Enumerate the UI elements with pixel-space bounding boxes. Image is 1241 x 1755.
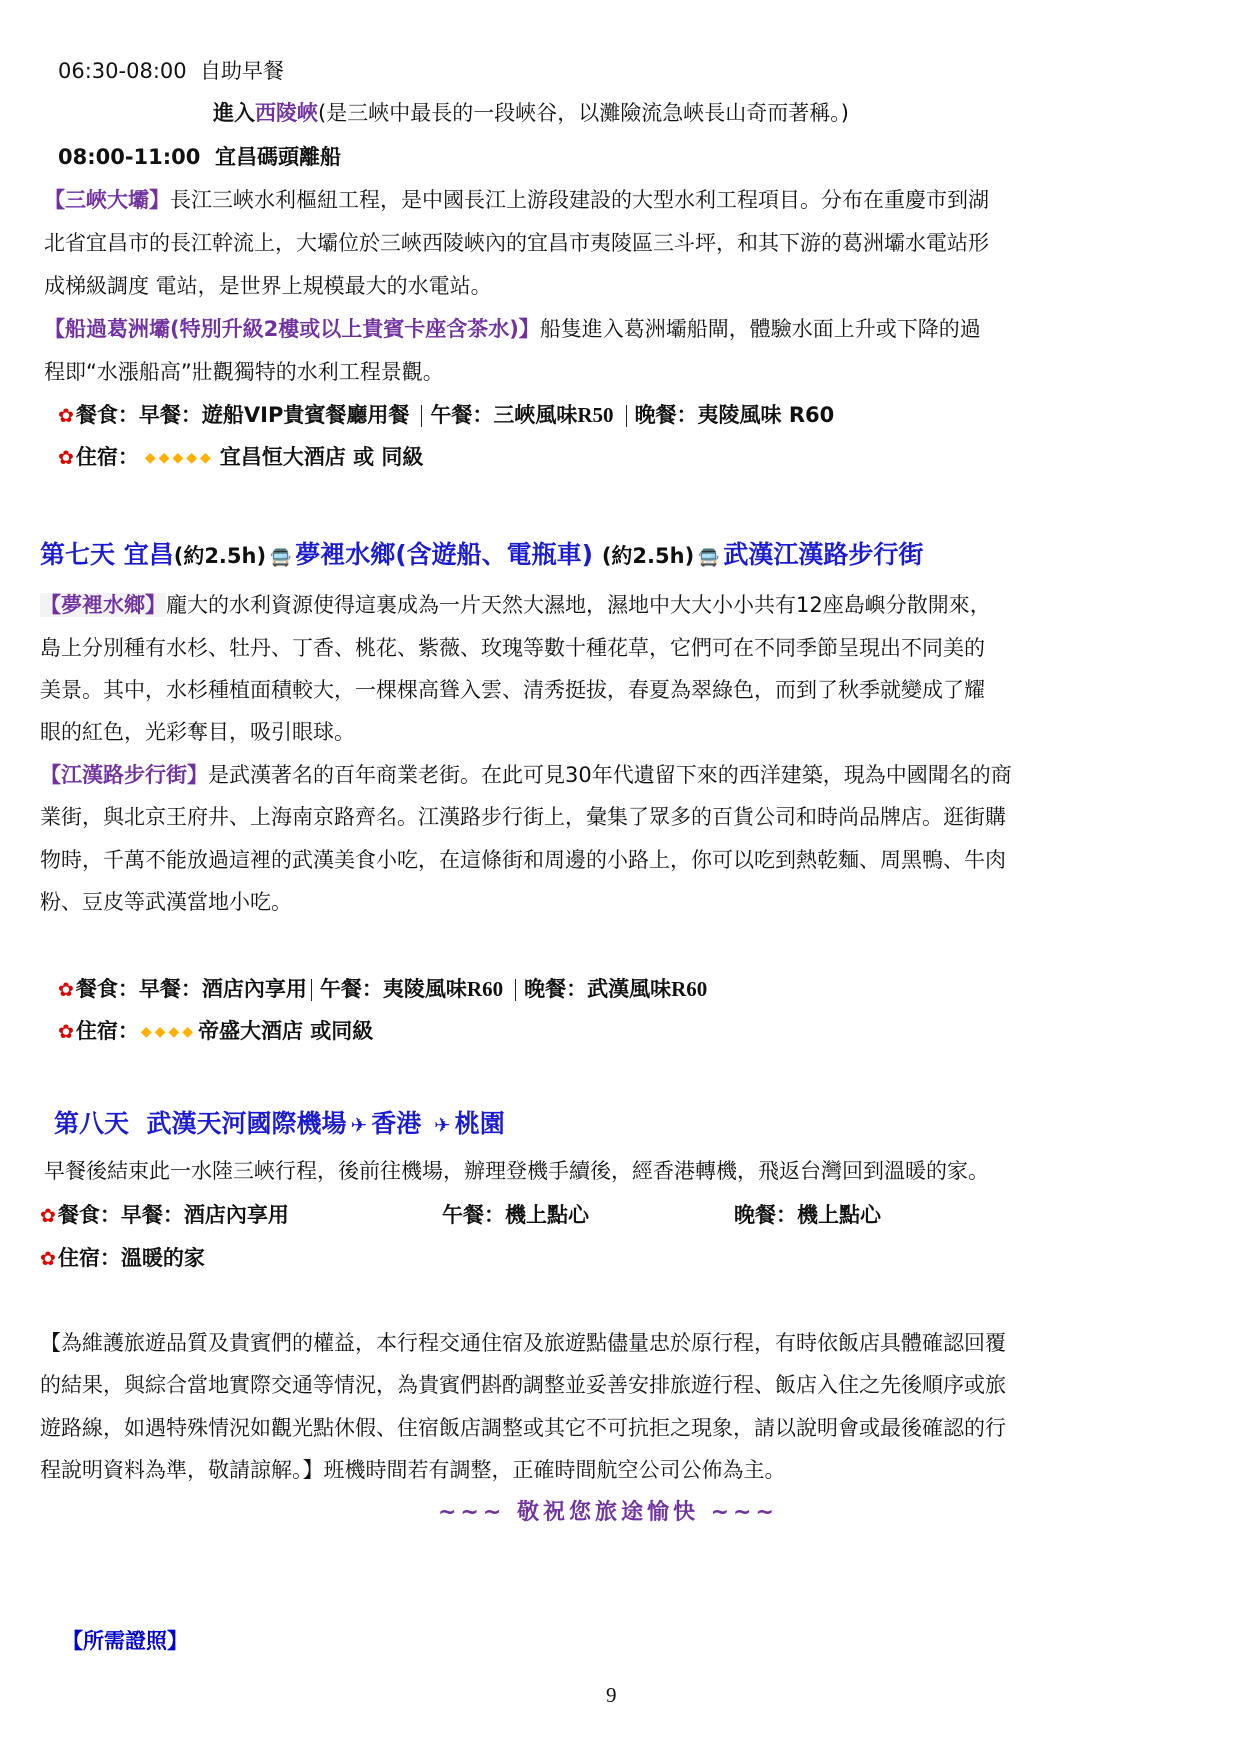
- hotel-label: 住宿：: [76, 1019, 139, 1043]
- breakfast-value: 早餐：遊船VIP貴賓餐廳用餐: [139, 403, 409, 427]
- jianghan-line-1: 【江漢路步行街】是武漢著名的百年商業老街。在此可見30年代遺留下來的西洋建築，現…: [40, 760, 1012, 790]
- jianghan-line-4: 粉、豆皮等武漢當地小吃。: [40, 887, 292, 917]
- divider: [515, 979, 516, 1001]
- xiling-gorge-line: 進入西陵峽(是三峽中最長的一段峽谷，以灘險流急峽長山奇而著稱。): [213, 98, 849, 128]
- water-town-line-1: 【夢裡水鄉】龐大的水利資源使得這裏成為一片天然大濕地，濕地中大大小小共有12座島…: [40, 590, 991, 620]
- xiling-gorge-desc: (是三峽中最長的一段峽谷，以灘險流急峽長山奇而著稱。): [318, 101, 849, 125]
- duration-1: (約2.5h): [174, 544, 266, 568]
- disembark-line: 08:00-11:00 宜昌碼頭離船: [58, 142, 341, 172]
- divider: [421, 405, 422, 427]
- dam-line-3: 成梯級調度 電站，是世界上規模最大的水電站。: [44, 271, 492, 301]
- gezhouba-line-2: 程即“水漲船高”壯觀獨特的水利工程景觀。: [44, 357, 444, 387]
- day8-title: 第八天 武漢天河國際機場✈香港 ✈桃園: [54, 1107, 505, 1142]
- water-town-line-4: 眼的紅色，光彩奪目，吸引眼球。: [40, 717, 355, 747]
- dinner-value: 晚餐：夷陵風味 R60: [635, 403, 835, 427]
- plane-icon: ✈: [434, 1113, 451, 1137]
- day8-description: 早餐後結束此一水陸三峽行程，後前往機場，辦理登機手續後，經香港轉機，飛返台灣回到…: [44, 1156, 989, 1186]
- day7-stop-2: 武漢江漢路步行街: [723, 540, 923, 569]
- water-town-line-2: 島上分別種有水杉、牡丹、丁香、桃花、紫薇、玫瑰等數十種花草，它們可在不同季節呈現…: [40, 633, 985, 663]
- day8-lunch: 午餐：機上點心: [442, 1200, 589, 1230]
- breakfast-label: 自助早餐: [200, 59, 284, 83]
- day8-meals: ✿餐食：早餐：酒店內享用: [40, 1200, 289, 1231]
- enter-prefix: 進入: [213, 101, 255, 125]
- lunch-value: 午餐：三峽風味: [430, 403, 577, 427]
- dam-line-1: 【三峽大壩】長江三峽水利樞紐工程，是中國長江上游段建設的大型水利工程項目。分布在…: [44, 185, 989, 215]
- flower-icon: ✿: [40, 1248, 56, 1270]
- day7-day-label: 第七天 宜昌: [40, 540, 174, 569]
- dinner-value: 晚餐：武漢風味: [524, 977, 671, 1001]
- flower-icon: ✿: [58, 447, 74, 469]
- divider: [311, 979, 312, 1001]
- hotel-name: 帝盛大酒店 或同級: [198, 1019, 373, 1043]
- required-documents-heading: 【所需證照】: [62, 1626, 188, 1656]
- day8-stop-1: 香港: [371, 1109, 421, 1138]
- disembark-time: 08:00-11:00: [58, 145, 200, 169]
- water-town-text: 龐大的水利資源使得這裏成為一片天然大濕地，濕地中大大小小共有12座島嶼分散開來，: [166, 593, 991, 617]
- day7-title: 第七天 宜昌(約2.5h)🚍夢裡水鄉(含遊船、電瓶車) (約2.5h)🚍武漢江漢…: [40, 538, 923, 575]
- jianghan-line-3: 物時，千萬不能放過這裡的武漢美食小吃，在這條街和周邊的小路上，你可以吃到熱乾麵、…: [40, 845, 1006, 875]
- diamond-rating-icon: ◆◆◆◆◆: [145, 450, 214, 466]
- day8-hotel: ✿住宿：溫暖的家: [40, 1243, 205, 1274]
- day7-hotel: ✿住宿：◆◆◆◆帝盛大酒店 或同級: [58, 1016, 373, 1049]
- breakfast-schedule-line: 06:30-08:00 自助早餐: [58, 56, 284, 86]
- plane-icon: ✈: [350, 1113, 367, 1137]
- dam-text: 長江三峽水利樞紐工程，是中國長江上游段建設的大型水利工程項目。分布在重慶市到湖: [170, 188, 989, 212]
- water-town-tag: 【夢裡水鄉】: [40, 593, 166, 617]
- lunch-code: R50: [577, 403, 613, 427]
- notice-line-4: 程說明資料為準，敬請諒解。】班機時間若有調整，正確時間航空公司公佈為主。: [40, 1455, 786, 1485]
- notice-line-3: 遊路線，如遇特殊情況如觀光點休假、住宿飯店調整或其它不可抗拒之現象，請以說明會或…: [40, 1413, 1006, 1443]
- dam-tag: 【三峽大壩】: [44, 188, 170, 212]
- notice-line-2: 的結果，與綜合當地實際交通等情況，為貴賓們斟酌調整並妥善安排旅遊行程、飯店入住之…: [40, 1370, 1006, 1400]
- breakfast-value: 早餐：酒店內享用: [139, 977, 307, 1001]
- closing-greeting: ~~~ 敬祝您旅途愉快 ~~~: [438, 1498, 778, 1528]
- gezhouba-line-1: 【船過葛洲壩(特別升級2樓或以上貴賓卡座含茶水)】船隻進入葛洲壩船閘，體驗水面上…: [44, 314, 981, 344]
- meals-label: 餐食：: [76, 977, 139, 1001]
- day8-day-label: 第八天: [54, 1109, 129, 1138]
- jianghan-text: 是武漢著名的百年商業老街。在此可見30年代遺留下來的西洋建築，現為中國聞名的商: [208, 763, 1012, 787]
- xiling-gorge-name: 西陵峽: [255, 101, 318, 125]
- flower-icon: ✿: [58, 405, 74, 427]
- lunch-value: 午餐：夷陵風味: [320, 977, 467, 1001]
- flower-icon: ✿: [58, 1021, 74, 1043]
- hotel-name: 宜昌恒大酒店 或 同級: [220, 445, 424, 469]
- day8-stop-2: 桃園: [455, 1109, 505, 1138]
- divider: [626, 405, 627, 427]
- gezhouba-text: 船隻進入葛洲壩船閘，體驗水面上升或下降的過: [540, 317, 981, 341]
- day6-meals: ✿餐食：早餐：遊船VIP貴賓餐廳用餐午餐：三峽風味R50晚餐：夷陵風味 R60: [58, 400, 834, 431]
- day6-hotel: ✿住宿：◆◆◆◆◆宜昌恒大酒店 或 同級: [58, 442, 423, 475]
- disembark-label: 宜昌碼頭離船: [215, 145, 341, 169]
- flower-icon: ✿: [40, 1205, 56, 1227]
- gezhouba-tag: 【船過葛洲壩(特別升級2樓或以上貴賓卡座含茶水)】: [44, 317, 540, 341]
- dam-line-2: 北省宜昌市的長江幹流上，大壩位於三峽西陵峽內的宜昌市夷陵區三斗坪，和其下游的葛洲…: [44, 228, 989, 258]
- page-number: 9: [606, 1680, 617, 1710]
- hotel-label: 住宿：: [76, 445, 139, 469]
- day8-airport: 武漢天河國際機場: [146, 1109, 346, 1138]
- hotel-name: 溫暖的家: [121, 1246, 205, 1270]
- lunch-code: R60: [467, 977, 503, 1001]
- flower-icon: ✿: [58, 979, 74, 1001]
- day8-dinner: 晚餐：機上點心: [734, 1200, 881, 1230]
- bus-icon: 🚍: [270, 548, 291, 568]
- dinner-code: R60: [671, 977, 707, 1001]
- diamond-rating-icon: ◆◆◆◆: [141, 1024, 196, 1040]
- jianghan-line-2: 業街，與北京王府井、上海南京路齊名。江漢路步行街上，彙集了眾多的百貨公司和時尚品…: [40, 802, 1006, 832]
- breakfast-value: 早餐：酒店內享用: [121, 1203, 289, 1227]
- jianghan-tag: 【江漢路步行街】: [40, 763, 208, 787]
- hotel-label: 住宿：: [58, 1246, 121, 1270]
- water-town-line-3: 美景。其中，水杉種植面積較大，一棵棵高聳入雲、清秀挺拔，春夏為翠綠色，而到了秋季…: [40, 675, 985, 705]
- breakfast-time: 06:30-08:00: [58, 59, 187, 83]
- meals-label: 餐食：: [58, 1203, 121, 1227]
- duration-2: (約2.5h): [602, 544, 694, 568]
- notice-line-1: 【為維護旅遊品質及貴賓們的權益，本行程交通住宿及旅遊點儘量忠於原行程，有時依飯店…: [40, 1328, 1006, 1358]
- meals-label: 餐食：: [76, 403, 139, 427]
- day7-meals: ✿餐食：早餐：酒店內享用午餐：夷陵風味R60晚餐：武漢風味R60: [58, 974, 707, 1005]
- bus-icon: 🚍: [698, 548, 719, 568]
- day7-stop-1: 夢裡水鄉(含遊船、電瓶車): [295, 540, 593, 569]
